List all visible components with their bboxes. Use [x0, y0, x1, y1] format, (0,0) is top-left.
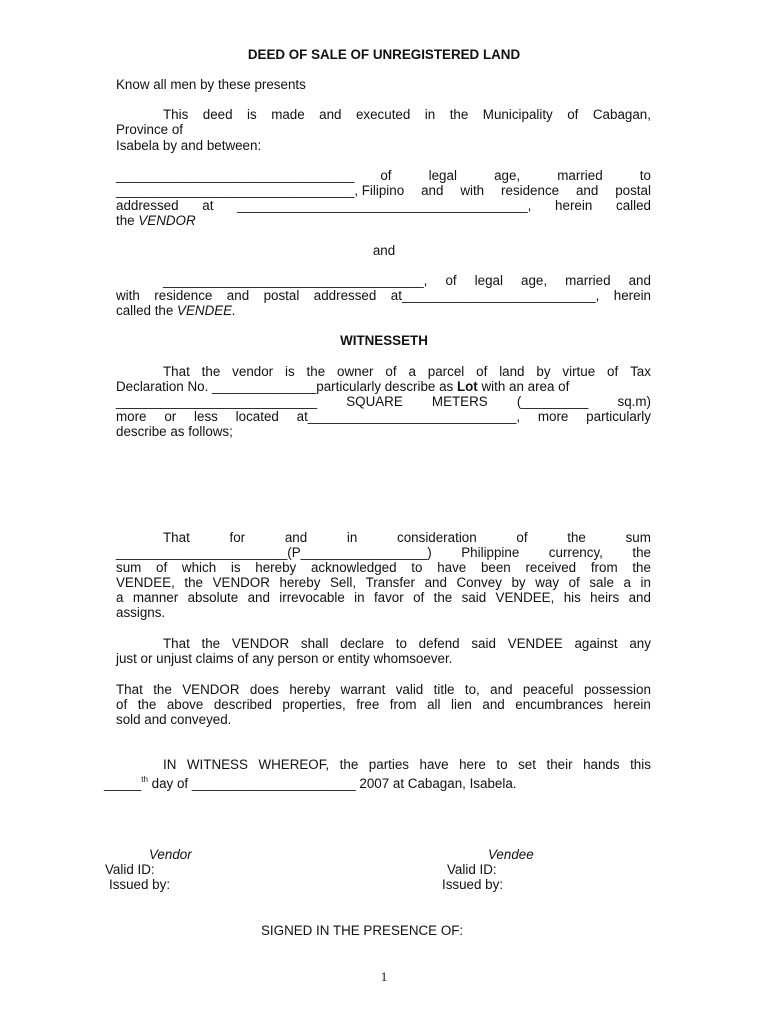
vendor-spouse-blank[interactable]: ________________________________ — [116, 183, 354, 198]
word: This — [163, 107, 188, 122]
p3-line2: _______________________(P_______________… — [116, 545, 651, 560]
word: legal — [475, 273, 503, 288]
vendor-signature-label: Vendor — [149, 847, 192, 862]
word: and — [421, 183, 443, 198]
word: currency, — [549, 545, 603, 560]
word: declare — [340, 636, 384, 651]
p2-line3: ___________________________SQUAREMETERS(… — [116, 394, 651, 409]
word: located — [236, 409, 279, 424]
word: the — [567, 530, 586, 545]
word: parties — [369, 757, 409, 772]
vendor-name-blank[interactable]: ________________________________ — [116, 168, 354, 183]
p1-line3: Isabela by and between: — [116, 138, 651, 153]
word: is — [247, 107, 257, 122]
word: of — [385, 364, 396, 379]
word: in — [354, 590, 364, 605]
word: been — [481, 560, 511, 575]
word: the — [138, 697, 157, 712]
word: IN — [163, 757, 176, 772]
page-number: 1 — [0, 969, 768, 985]
word: of — [116, 697, 127, 712]
word: owner — [337, 364, 373, 379]
word: That — [163, 530, 190, 545]
word: by — [536, 364, 550, 379]
word: all — [427, 697, 440, 712]
fill-in-blank[interactable]: (_________ — [517, 394, 588, 409]
word: or — [164, 409, 176, 424]
word: herein — [614, 697, 651, 712]
p3-line1: Thatforandinconsiderationofthesum — [116, 530, 651, 545]
vendor-line1: ________________________________ oflegal… — [116, 168, 651, 183]
word: postal — [615, 183, 651, 198]
word: postal — [264, 288, 300, 303]
word: here — [459, 757, 486, 772]
word: the — [434, 590, 453, 605]
p5-line2: oftheabovedescribedproperties,freefromal… — [116, 697, 651, 712]
word: Transfer — [366, 575, 415, 590]
word: virtue — [562, 364, 595, 379]
word: and — [425, 575, 447, 590]
word: of — [607, 364, 618, 379]
document-page: DEED OF SALE OF UNREGISTERED LAND Know a… — [0, 0, 768, 1024]
word: deed — [203, 107, 233, 122]
word: sq.m) — [618, 394, 651, 409]
fill-in-blank[interactable]: at____________________________, — [297, 409, 520, 424]
word: from — [591, 560, 618, 575]
and-label: and — [0, 243, 768, 258]
p5-line1: ThattheVENDORdoesherebywarrantvalidtitle… — [116, 682, 651, 697]
vendee-line1: ___________________________________,ofle… — [116, 273, 651, 288]
intro-text: Know all men by these presents — [116, 77, 651, 92]
word: described — [214, 697, 272, 712]
word: the — [153, 682, 172, 697]
word: hands — [583, 757, 619, 772]
word: age, — [494, 168, 520, 183]
word: legal — [429, 168, 457, 183]
word: acknowledged — [311, 560, 397, 575]
word: shall — [301, 636, 329, 651]
p2-line4: moreorlesslocatedat_____________________… — [116, 409, 651, 424]
word: set — [518, 757, 536, 772]
word: Tax — [630, 364, 651, 379]
word: said — [471, 636, 496, 651]
word: the — [307, 364, 326, 379]
word: from — [390, 697, 417, 712]
p3-line4: VENDEE,theVENDORherebySell,TransferandCo… — [116, 575, 651, 590]
word: the — [632, 545, 651, 560]
p2-line5: describe as follows; — [116, 424, 651, 439]
word: to — [640, 168, 651, 183]
word: VENDOR — [232, 636, 289, 651]
fill-in-blank[interactable]: ___________________________________, — [163, 273, 427, 288]
fill-in-blank[interactable]: _______________________(P_______________… — [116, 545, 432, 560]
word: residence — [154, 288, 212, 303]
word: herein — [614, 288, 651, 303]
word: VENDOR — [213, 575, 270, 590]
word: warrant — [341, 682, 386, 697]
word: That — [163, 636, 190, 651]
vendor-valid-id: Valid ID: — [105, 862, 155, 877]
word: addressed — [116, 198, 179, 213]
word: particularly — [586, 409, 651, 424]
word: more — [116, 409, 147, 424]
vendee-issued-by: Issued by: — [442, 877, 503, 892]
word: heirs — [590, 590, 619, 605]
word: in — [641, 575, 651, 590]
word: and — [629, 590, 651, 605]
word: VENDEE, — [496, 590, 555, 605]
word: for — [230, 530, 246, 545]
word: to — [396, 636, 407, 651]
word: , Filipino — [354, 183, 404, 198]
word: and — [629, 273, 651, 288]
word: sum — [626, 530, 651, 545]
word: VENDEE, — [116, 575, 175, 590]
word: have — [420, 757, 449, 772]
word: Sell, — [330, 575, 356, 590]
word: a — [116, 590, 123, 605]
word: valid — [396, 682, 424, 697]
word: the — [340, 757, 359, 772]
word: said — [462, 590, 487, 605]
p4-line1: ThattheVENDORshalldeclaretodefendsaidVEN… — [116, 636, 651, 651]
vendee-valid-id: Valid ID: — [447, 862, 497, 877]
signed-presence-heading: SIGNED IN THE PRESENCE OF: — [261, 923, 463, 938]
vendee-line2: withresidenceandpostaladdressedat_______… — [116, 288, 651, 303]
word: is — [231, 560, 241, 575]
word: VENDEE — [508, 636, 563, 651]
p3-line3: sumofwhichisherebyacknowledgedtohavebeen… — [116, 560, 651, 575]
word: of — [413, 590, 424, 605]
p4-line2: just or unjust claims of any person or e… — [116, 651, 651, 666]
word: of — [380, 168, 391, 183]
word: the — [202, 636, 221, 651]
word: his — [564, 590, 581, 605]
word: land — [499, 364, 524, 379]
vendor-line2: ________________________________ , Filip… — [116, 183, 651, 198]
p1-line2: Province of — [116, 122, 651, 137]
word: the — [632, 560, 651, 575]
word: executed — [356, 107, 410, 122]
p6-line2: _____th day of ______________________ 20… — [104, 772, 517, 791]
word: possession — [584, 682, 651, 697]
word: hereby — [279, 575, 320, 590]
p3-line5: amannerabsoluteandirrevocableinfavorofth… — [116, 590, 651, 605]
word: made — [271, 107, 305, 122]
vendor-line3: addressedat_____________________________… — [116, 198, 651, 213]
vendee-role: VENDEE. — [177, 303, 236, 318]
word: any — [629, 636, 651, 651]
word: sum — [116, 560, 141, 575]
fill-in-blank[interactable]: ___________________________ — [116, 394, 317, 409]
word: of — [516, 530, 527, 545]
word: and — [319, 107, 341, 122]
vendor-line4: the VENDOR — [116, 213, 651, 228]
word: less — [194, 409, 218, 424]
word: Municipality — [483, 107, 553, 122]
p3-line6: assigns. — [116, 605, 651, 620]
word: of — [445, 273, 456, 288]
word: That — [116, 682, 143, 697]
word: residence — [501, 183, 559, 198]
word: Convey — [456, 575, 501, 590]
word: age, — [521, 273, 547, 288]
word: hereby — [289, 682, 330, 697]
word: have — [437, 560, 466, 575]
word: this — [630, 757, 651, 772]
vendor-issued-by: Issued by: — [109, 877, 170, 892]
word: consideration — [397, 530, 477, 545]
word: lien — [451, 697, 472, 712]
word: favor — [374, 590, 404, 605]
word: of — [567, 107, 578, 122]
word: title — [434, 682, 455, 697]
word: herein — [555, 198, 592, 213]
word: encumbrances — [515, 697, 603, 712]
word: defend — [419, 636, 460, 651]
word: of — [476, 364, 487, 379]
word: to — [496, 757, 507, 772]
word: against — [574, 636, 617, 651]
word: a — [408, 364, 415, 379]
word: a — [624, 575, 631, 590]
word: manner — [133, 590, 178, 605]
word: and — [285, 530, 307, 545]
p6-line1: INWITNESSWHEREOF,thepartieshaveheretoset… — [116, 757, 651, 772]
word: does — [250, 682, 279, 697]
word: the — [450, 107, 469, 122]
word: the — [202, 364, 221, 379]
word: more — [538, 409, 569, 424]
vendor-role: VENDOR — [138, 213, 195, 228]
word: above — [167, 697, 203, 712]
word: married — [565, 273, 610, 288]
word: absolute — [188, 590, 239, 605]
word: and — [248, 590, 270, 605]
word: vendor — [232, 364, 273, 379]
word: at — [202, 198, 213, 213]
word: with — [460, 183, 484, 198]
word: and — [490, 682, 512, 697]
word: properties, — [282, 697, 345, 712]
p2-line2: Declaration No. ______________particular… — [116, 379, 651, 394]
word: SQUARE — [346, 394, 403, 409]
word: to — [411, 560, 422, 575]
lot-label: Lot — [457, 379, 478, 394]
word: to, — [465, 682, 480, 697]
word: and — [576, 183, 598, 198]
word: Cabagan, — [593, 107, 651, 122]
word: in — [347, 530, 357, 545]
word: way — [535, 575, 559, 590]
word: of — [156, 560, 167, 575]
word: free — [356, 697, 379, 712]
word: That — [163, 364, 190, 379]
word: hereby — [255, 560, 296, 575]
p2-line1: Thatthevendoristheownerofaparceloflandby… — [116, 364, 651, 379]
vendee-line3: called the VENDEE. — [116, 303, 651, 318]
witnesseth-heading: WITNESSETH — [0, 333, 768, 348]
word: is — [285, 364, 295, 379]
word: Philippine — [461, 545, 519, 560]
word: which — [182, 560, 216, 575]
word: sale — [589, 575, 614, 590]
fill-in-blank[interactable]: _______________________________________, — [237, 198, 531, 213]
day-blank[interactable]: _____ — [104, 776, 141, 791]
word: METERS — [432, 394, 488, 409]
word: by — [511, 575, 525, 590]
document-title: DEED OF SALE OF UNREGISTERED LAND — [0, 47, 768, 62]
word: called — [616, 198, 651, 213]
fill-in-blank[interactable]: at__________________________, — [391, 288, 600, 303]
word: and — [482, 697, 504, 712]
word: their — [546, 757, 572, 772]
word: married — [557, 168, 602, 183]
word: parcel — [428, 364, 464, 379]
word: peaceful — [523, 682, 574, 697]
word: WHEREOF, — [258, 757, 329, 772]
p1-line1: ThisdeedismadeandexecutedintheMunicipali… — [116, 107, 651, 122]
word: irrevocable — [279, 590, 345, 605]
word: received — [525, 560, 576, 575]
word: with — [116, 288, 140, 303]
vendee-signature-label: Vendee — [488, 847, 534, 862]
word: of — [569, 575, 580, 590]
word: the — [184, 575, 203, 590]
word: in — [425, 107, 435, 122]
p5-line3: sold and conveyed. — [116, 712, 651, 727]
word: WITNESS — [187, 757, 248, 772]
word: VENDOR — [182, 682, 239, 697]
word: and — [227, 288, 249, 303]
word: addressed — [314, 288, 377, 303]
